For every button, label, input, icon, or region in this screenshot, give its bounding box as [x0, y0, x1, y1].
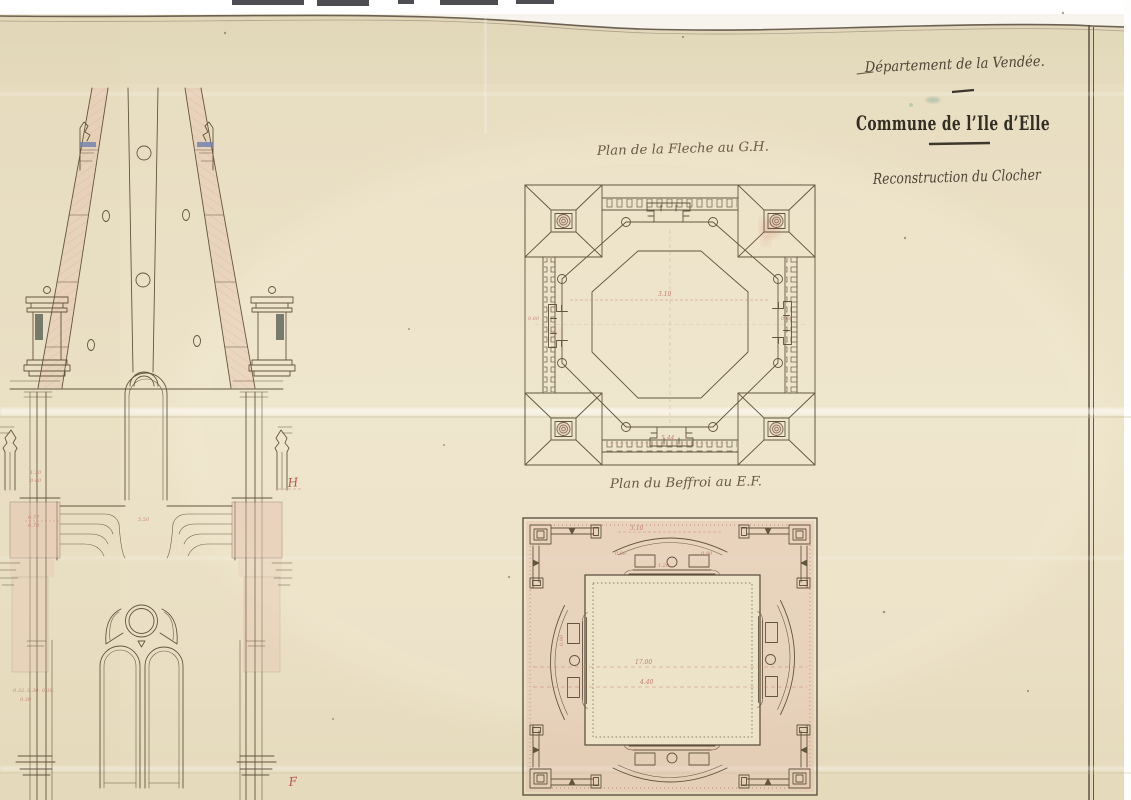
dim-fleche-bottom: 5.44: [661, 435, 675, 442]
dim-fleche-left: 0.60: [528, 316, 540, 322]
section-mark-h: H: [286, 475, 299, 490]
commune-title: Commune de l’Ile d’Elle: [856, 111, 1050, 135]
dim-section-e: 0.40: [30, 478, 42, 484]
dim-section-row: 0.32. 0.30. 0.30.: [13, 688, 55, 694]
dim-beffroi-base: 1.20: [658, 563, 670, 569]
drawing-canvas: Département de la Vendée. Commune de l’I…: [0, 0, 1131, 800]
scanned-architectural-drawing: Département de la Vendée. Commune de l’I…: [0, 0, 1131, 800]
dim-fleche-right: 0.60: [781, 316, 793, 322]
dim-section-b: 0.70: [28, 523, 40, 529]
dim-beffroi-width: 3.10: [630, 525, 644, 532]
dim-beffroi-side: 0.90: [559, 634, 565, 646]
dim-beffroi-right: 0.90: [701, 551, 713, 557]
central-chamber: [585, 575, 760, 745]
dim-beffroi-left: 0.90: [615, 551, 627, 557]
dim-fleche-center: 3.10: [658, 291, 672, 298]
dim-section-d: 1.30: [30, 470, 42, 476]
dim-section-a: 0.77: [28, 515, 40, 521]
green-smudge: [926, 97, 940, 103]
section-mark-f: F: [287, 774, 298, 789]
dim-beffroi-interior-b: 4.40: [639, 679, 654, 686]
title-underline: [929, 143, 990, 144]
dim-beffroi-interior-a: 17.00: [635, 659, 652, 666]
scan-right-margin: [1124, 0, 1131, 800]
dim-section-g: 0.30: [20, 697, 32, 703]
dim-section-c: 5.50: [138, 517, 150, 523]
beffroi-plan-title: Plan du Beffroi au E.F.: [609, 474, 762, 492]
beffroi-plan: 17.00 4.40 3.10 0.90 0.90 1.20 0.90: [523, 518, 817, 795]
